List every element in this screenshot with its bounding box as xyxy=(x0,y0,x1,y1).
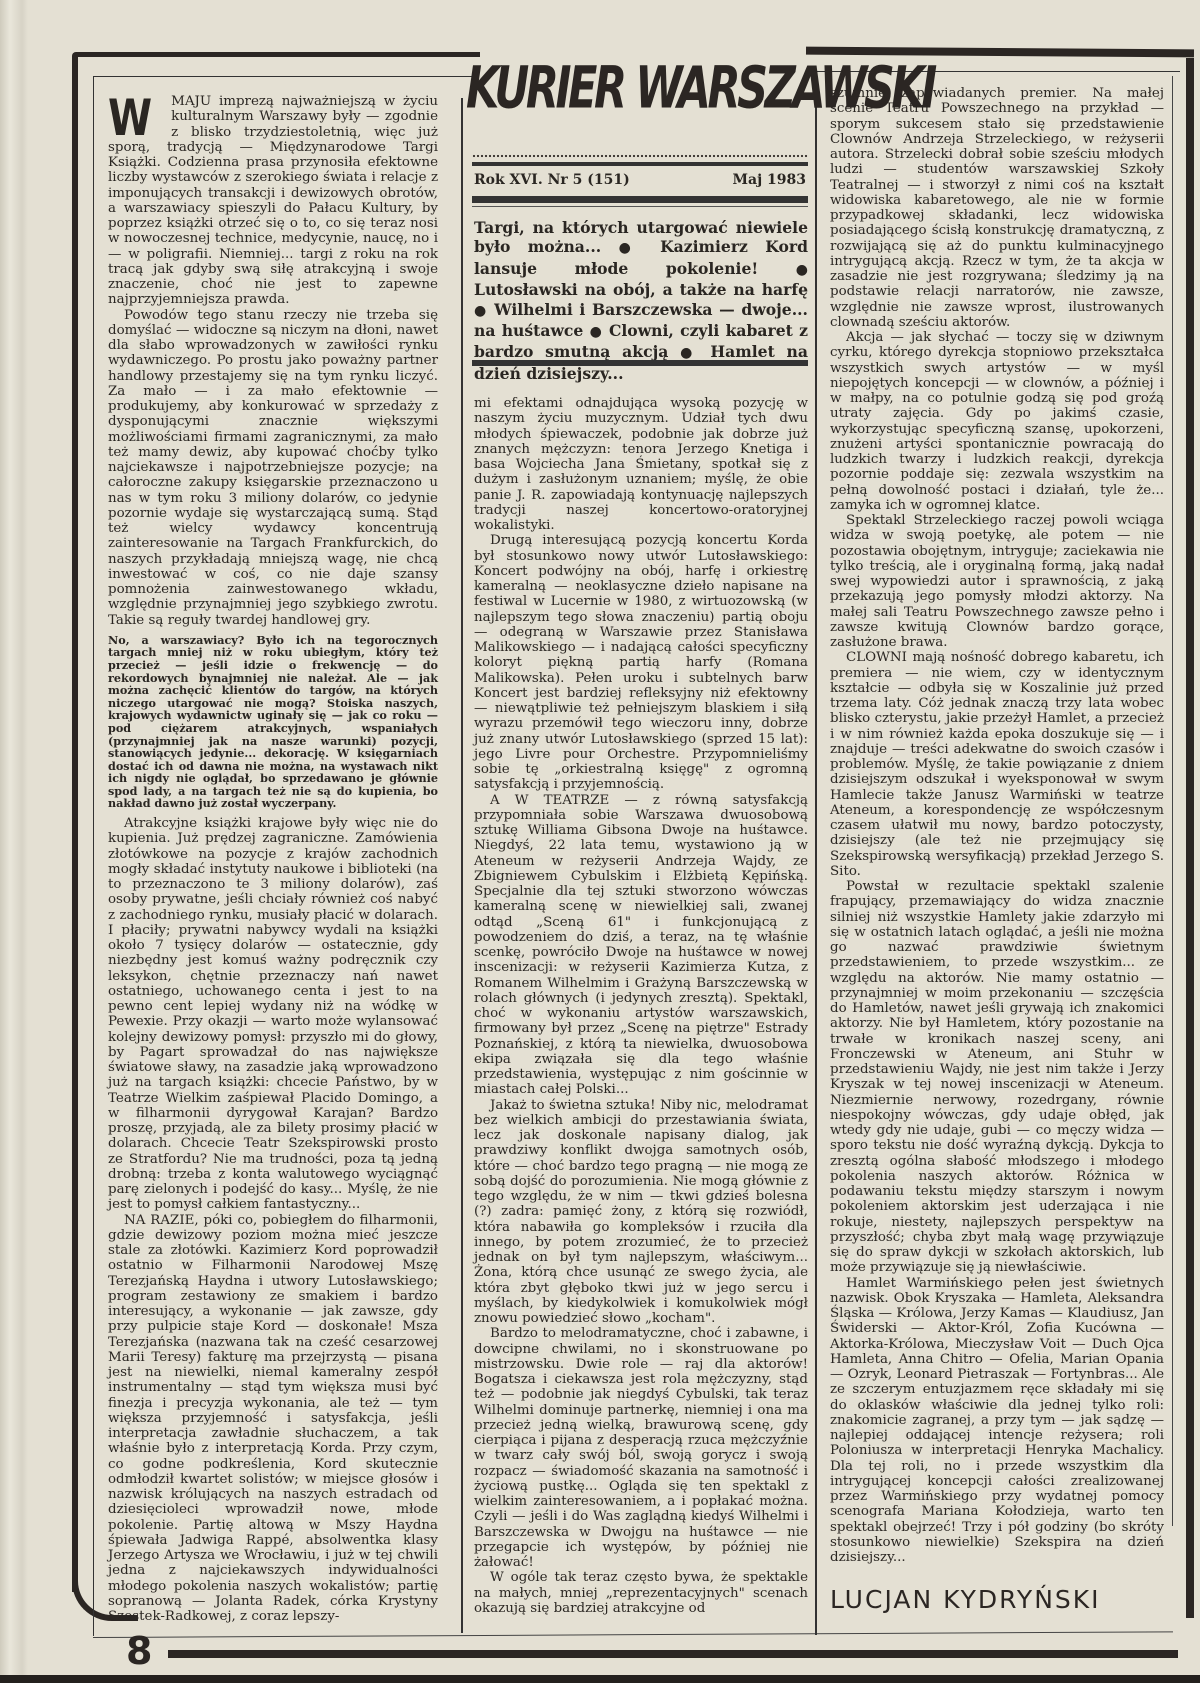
masthead-rule xyxy=(472,162,808,166)
issue-date: Maj 1983 xyxy=(733,172,806,188)
article-paragraph: A W TEATRZE — z równą satysfakcją przypo… xyxy=(474,793,808,1098)
column-divider xyxy=(815,90,817,1635)
bullet-icon: ● xyxy=(619,240,643,256)
article-column-middle: mi efektami odnajdująca wysoką pozycję w… xyxy=(474,396,808,1616)
masthead-rule xyxy=(472,206,808,207)
masthead-dotted-rule xyxy=(472,154,808,158)
author-signature: LUCJAN KYDRYŃSKI xyxy=(830,1587,1170,1612)
article-paragraph: WMAJU imprezą najważniejszą w życiu kult… xyxy=(108,94,438,308)
article-paragraph: W ogóle tak teraz często bywa, że spekta… xyxy=(474,1570,808,1616)
masthead: KURIER WARSZAWSKI xyxy=(466,48,810,128)
article-paragraph: Powodów tego stanu rzeczy nie trzeba się… xyxy=(108,308,438,628)
article-paragraph: Drugą interesującą pozycją koncertu Kord… xyxy=(474,533,808,792)
article-paragraph: Atrakcyjne książki krajowe były więc nie… xyxy=(108,816,438,1213)
article-paragraph: Powstał w rezultacie spektakl szalenie f… xyxy=(830,879,1164,1276)
teaser-summary: Targi, na których utargować niewiele był… xyxy=(474,218,808,383)
article-paragraph: Hamlet Warmińskiego pełen jest świetnych… xyxy=(830,1276,1164,1566)
frame-border-right xyxy=(1186,58,1194,1618)
column-divider xyxy=(461,98,463,1633)
inner-rule-right xyxy=(1172,76,1173,1526)
footer-rule xyxy=(168,1650,1178,1658)
article-aside: No, a warszawiacy? Było ich na tegoroczn… xyxy=(108,634,438,810)
masthead-title: KURIER WARSZAWSKI xyxy=(466,42,762,134)
article-paragraph: mi efektami odnajdująca wysoką pozycję w… xyxy=(474,396,808,533)
drop-cap: W xyxy=(108,97,152,139)
article-paragraph: CLOWNI mają nośność dobrego kabaretu, ic… xyxy=(830,650,1164,879)
masthead-rule xyxy=(472,360,808,366)
issue-line: Rok XVI. Nr 5 (151) Maj 1983 xyxy=(474,172,806,188)
frame-border-top-left xyxy=(72,52,480,71)
scan-page-edge xyxy=(0,0,28,1683)
scan-bottom-edge xyxy=(0,1675,1200,1683)
inner-rule-left xyxy=(93,76,94,1636)
article-paragraph: szumnie zapowiadanych premier. Na małej … xyxy=(830,86,1164,330)
article-paragraph: Spektakl Strzeleckiego raczej powoli wci… xyxy=(830,513,1164,650)
inner-rule-top-left xyxy=(93,76,473,77)
article-paragraph: NA RAZIE, póki co, pobiegłem do filharmo… xyxy=(108,1213,438,1625)
masthead-rule xyxy=(472,196,808,203)
bullet-icon: ● xyxy=(474,303,487,319)
article-column-left: WMAJU imprezą najważniejszą w życiu kult… xyxy=(108,94,438,1624)
frame-border-left xyxy=(72,52,78,1592)
inner-rule-bottom xyxy=(93,1631,1173,1638)
page-number: 8 xyxy=(126,1632,152,1670)
article-paragraph: Bardzo to melodramatyczne, choć i zabawn… xyxy=(474,1326,808,1570)
article-paragraph: Jakaż to świetna sztuka! Niby nic, melod… xyxy=(474,1098,808,1327)
bullet-icon: ● xyxy=(796,262,808,278)
bullet-icon: ● xyxy=(590,324,603,340)
teaser-item: Lutosławski na obój, a także na harfę xyxy=(474,280,808,299)
article-paragraph: Akcja — jak słychać — toczy się w dziwny… xyxy=(830,330,1164,513)
article-column-right: szumnie zapowiadanych premier. Na małej … xyxy=(830,86,1164,1565)
issue-number: Rok XVI. Nr 5 (151) xyxy=(474,172,630,188)
